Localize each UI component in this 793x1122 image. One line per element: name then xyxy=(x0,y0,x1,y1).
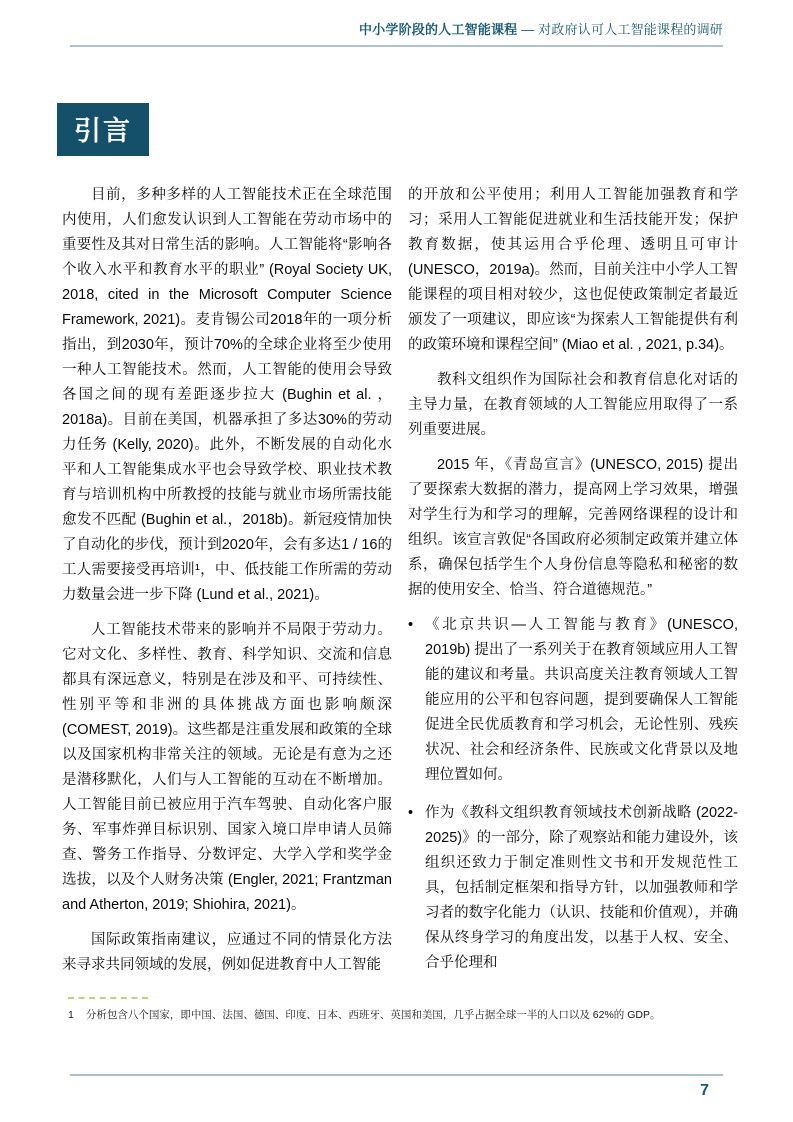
paragraph: 的开放和公平使用；利用人工智能加强教育和学习；采用人工智能促进就业和生活技能开发… xyxy=(408,183,738,358)
paragraph: 教科文组织作为国际社会和教育信息化对话的主导力量，在教育领域的人工智能应用取得了… xyxy=(408,368,738,443)
footnote-area: 1分析包含八个国家，即中国、法国、德国、印度、日本、西班牙、英国和美国，几乎占据… xyxy=(68,997,730,1023)
body-columns: 目前，多种多样的人工智能技术正在全球范围内使用，人们愈发认识到人工智能在劳动市场… xyxy=(62,183,738,989)
document-page: 中小学阶段的人工智能课程 — 对政府认可人工智能课程的调研 引言 目前，多种多样… xyxy=(0,0,793,1122)
list-item-text: 作为《教科文组织教育领域技术创新战略 (2022-2025)》的一部分，除了观察… xyxy=(425,801,738,976)
footer-divider xyxy=(70,1074,723,1076)
list-item: • 《北京共识—人工智能与教育》(UNESCO, 2019b) 提出了一系列关于… xyxy=(408,613,738,788)
bullet-icon: • xyxy=(408,613,413,638)
header-title-rest: — 对政府认可人工智能课程的调研 xyxy=(517,22,723,37)
header-divider xyxy=(70,45,723,47)
right-column: 的开放和公平使用；利用人工智能加强教育和学习；采用人工智能促进就业和生活技能开发… xyxy=(408,183,738,989)
paragraph: 目前，多种多样的人工智能技术正在全球范围内使用，人们愈发认识到人工智能在劳动市场… xyxy=(62,183,392,608)
footnote-text: 分析包含八个国家，即中国、法国、德国、印度、日本、西班牙、英国和美国，几乎占据全… xyxy=(86,1009,661,1021)
footnote: 1分析包含八个国家，即中国、法国、德国、印度、日本、西班牙、英国和美国，几乎占据… xyxy=(68,1008,730,1023)
left-column: 目前，多种多样的人工智能技术正在全球范围内使用，人们愈发认识到人工智能在劳动市场… xyxy=(62,183,392,989)
bullet-icon: • xyxy=(408,801,413,826)
header-title-bold: 中小学阶段的人工智能课程 xyxy=(359,22,517,37)
footnote-marker: 1 xyxy=(68,1009,74,1021)
footnote-separator xyxy=(68,997,148,999)
paragraph: 人工智能技术带来的影响并不局限于劳动力。它对文化、多样性、教育、科学知识、交流和… xyxy=(62,618,392,918)
section-title-box: 引言 xyxy=(57,103,149,156)
page-number: 7 xyxy=(700,1082,709,1100)
section-title: 引言 xyxy=(74,116,132,146)
list-item: • 作为《教科文组织教育领域技术创新战略 (2022-2025)》的一部分，除了… xyxy=(408,801,738,976)
paragraph: 2015 年，《青岛宣言》(UNESCO, 2015) 提出了要探索大数据的潜力… xyxy=(408,453,738,603)
list-item-text: 《北京共识—人工智能与教育》(UNESCO, 2019b) 提出了一系列关于在教… xyxy=(425,613,738,788)
paragraph: 国际政策指南建议，应通过不同的情景化方法来寻求共同领域的发展，例如促进教育中人工… xyxy=(62,928,392,978)
running-header: 中小学阶段的人工智能课程 — 对政府认可人工智能课程的调研 xyxy=(359,19,723,38)
